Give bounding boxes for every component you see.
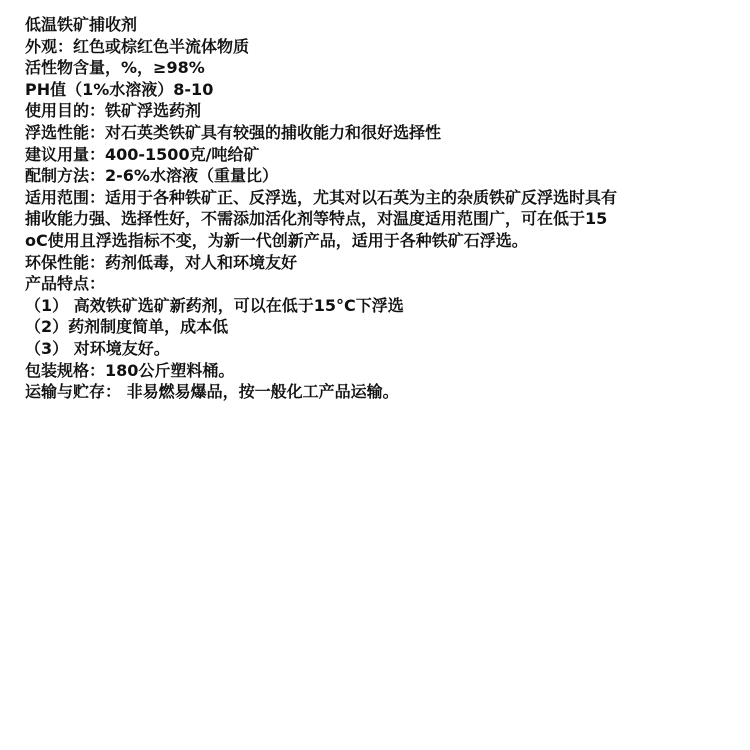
product-spec-document: 低温铁矿捕收剂 外观：红色或棕红色半流体物质 活性物含量，%，≥98% PH值（… (25, 14, 725, 403)
appearance-line: 外观：红色或棕红色半流体物质 (25, 36, 725, 58)
active-content-line: 活性物含量，%，≥98% (25, 57, 725, 79)
application-scope-line-1: 适用范围：适用于各种铁矿正、反浮选，尤其对以石英为主的杂质铁矿反浮选时具有 (25, 187, 725, 209)
ph-value-line: PH值（1%水溶液）8-10 (25, 79, 725, 101)
product-features-heading: 产品特点： (25, 273, 725, 295)
preparation-method-line: 配制方法：2-6%水溶液（重量比） (25, 165, 725, 187)
flotation-performance-line: 浮选性能：对石英类铁矿具有较强的捕收能力和很好选择性 (25, 122, 725, 144)
application-scope-line-3: oC使用且浮选指标不变，为新一代创新产品，适用于各种铁矿石浮选。 (25, 230, 725, 252)
environmental-performance-line: 环保性能：药剂低毒，对人和环境友好 (25, 252, 725, 274)
transport-storage-line: 运输与贮存： 非易燃易爆品，按一般化工产品运输。 (25, 381, 725, 403)
feature-item-1: （1） 高效铁矿选矿新药剂，可以在低于15°C下浮选 (25, 295, 725, 317)
document-title: 低温铁矿捕收剂 (25, 14, 725, 36)
packaging-line: 包装规格：180公斤塑料桶。 (25, 360, 725, 382)
recommended-dosage-line: 建议用量：400-1500克/吨给矿 (25, 144, 725, 166)
feature-item-3: （3） 对环境友好。 (25, 338, 725, 360)
feature-item-2: （2）药剂制度简单，成本低 (25, 316, 725, 338)
purpose-line: 使用目的：铁矿浮选药剂 (25, 100, 725, 122)
application-scope-line-2: 捕收能力强、选择性好，不需添加活化剂等特点，对温度适用范围广，可在低于15 (25, 208, 725, 230)
